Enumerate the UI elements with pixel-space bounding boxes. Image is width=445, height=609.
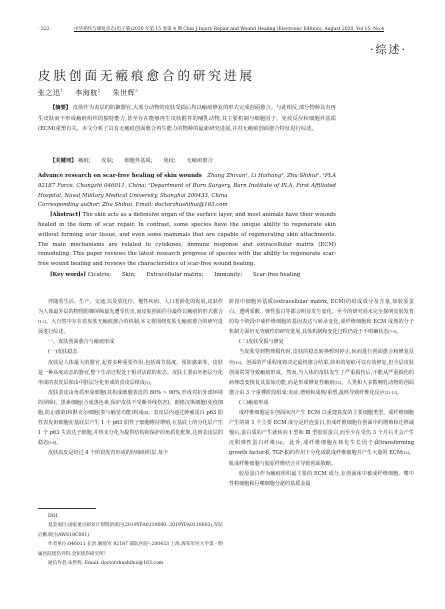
abstract-text: 皮肤作为表层的防御器官,大部分动物的皮肤受损后均以瘢痕修复的形式完成创面愈合。与…	[38, 105, 336, 132]
subsection-heading: (一)皮肤稳态	[38, 347, 223, 357]
citation[interactable]: [1-2]	[38, 320, 46, 324]
keywords-label: 【关键词】	[50, 158, 77, 164]
keyword: 瘢痕;	[78, 158, 90, 164]
body-column-right: 阶段中细胞外基质(extracellular matrix, ECM)的组成成分…	[229, 297, 414, 489]
english-title: Advance research on scar-free healing of…	[38, 173, 202, 179]
paragraph: 皮肤表皮由角质形成细胞(其构成细胞表皮的 80% ~ 90%,形成对抗外部环境的…	[38, 388, 223, 449]
english-authors: Zhang Zhixun¹, Li Haihang², Zhu Shihui².	[207, 173, 321, 179]
citation[interactable]: [10]	[234, 361, 241, 365]
footnote-divider	[38, 508, 96, 509]
citation[interactable]: [5-6]	[48, 441, 56, 445]
footnotes: DOI 基金项目:国家重点研发计划资助项目(2019YFA0110600, 20…	[38, 512, 223, 568]
keyword: Immunity;	[214, 272, 242, 278]
paragraph: 伴随着生活、生产、交通,以及放化疗、慢性疾病、人口老龄化的发展,皮肤作为人体最外…	[38, 297, 223, 337]
citation[interactable]: [12-13]	[385, 391, 397, 395]
subsection-heading: (二)皮肤受损与修复	[229, 337, 414, 347]
keyword: Skin;	[122, 272, 136, 278]
keyword: 细胞外基质;	[124, 158, 152, 164]
corresponding-author: Corresponding author: Zhu Shihui, Email:…	[38, 201, 336, 211]
article-title: 皮肤创面无瘢痕愈合的研究进展	[38, 66, 255, 84]
keyword: Scar-free healing	[253, 272, 300, 278]
paragraph: 阶段中细胞外基质(extracellular matrix, ECM)的组成成分…	[229, 297, 414, 337]
running-header: · 322 · 中华损伤与修复杂志(电子版)2020 年第 15 卷第 4 期 …	[38, 24, 423, 36]
corresponding-note: 通信作者:朱世辉, Email: doctorzhushihui@163.com	[38, 559, 223, 568]
english-abstract-block: Advance research on scar-free healing of…	[38, 172, 336, 281]
section-heading: 一、皮肤创面愈合与瘢痕形成	[38, 337, 223, 347]
keyword: 皮肤;	[101, 158, 113, 164]
keyword: 无瘢痕愈合	[186, 158, 213, 164]
author: 张之迅1	[38, 89, 64, 97]
keywords-chinese: 【关键词】 瘢痕; 皮肤; 细胞外基质; 免疫; 无瘢痕愈合	[38, 156, 336, 167]
paragraph: 皮肤是人体最大的器官,起着多种重要作用,包括调节温度、预防感染等。皮肤是一种高度…	[38, 358, 223, 388]
keywords-en-label: [Key words]	[50, 272, 86, 278]
keywords-english: [Key words] Cicatrix; Skin; Extracellula…	[38, 271, 336, 281]
funding-note: 基金项目:国家重点研发计划资助项目(2019YFA0110600, 2019YF…	[38, 521, 223, 540]
abstract-label: 【摘要】	[50, 105, 71, 111]
abstract-en-label: [Abstract]	[50, 212, 81, 218]
author-list: 张之迅1 李海航2 朱世辉2	[38, 88, 147, 98]
citation[interactable]: [14]	[276, 441, 283, 445]
abstract-chinese: 【摘要】 皮肤作为表层的防御器官,大部分动物的皮肤受损后均以瘢痕修复的形式完成创…	[38, 103, 336, 135]
abstract-en-text: The skin acts as a defensive organ of th…	[38, 212, 336, 267]
citation[interactable]: [15]	[402, 451, 409, 455]
doi-line: DOI	[38, 512, 223, 521]
affiliation-note: 作者单位:046011 长治,解放军 92187 部队医院¹;200433 上海…	[38, 540, 223, 559]
paragraph: 成纤维细胞是在创面床内产生 ECM 以重建真皮的主要细胞类型。成纤维细胞产生的第…	[229, 408, 414, 469]
keyword: Extracellular matrix;	[147, 272, 204, 278]
section-tag: ·综述·	[370, 41, 407, 57]
author: 朱世辉2	[113, 89, 139, 97]
keyword: Cicatrix;	[88, 272, 111, 278]
journal-citation-line: 中华损伤与修复杂志(电子版)2020 年第 15 卷第 4 期 Chin J I…	[74, 24, 384, 36]
body-column-left: 伴随着生活、生产、交通,以及放化疗、慢性疾病、人口老龄化的发展,皮肤作为人体最外…	[38, 297, 223, 459]
paragraph: 皮肤真皮是经过 4 个阶段发育形成的结缔组织层,每个	[38, 448, 223, 458]
paragraph: 当皮肤受到物理损伤时,皮肤的稳态转换暂时停止,转而进行创面愈合和修复反应[10]…	[229, 347, 414, 397]
author: 李海航2	[75, 89, 101, 97]
page-number: · 322 ·	[38, 24, 53, 36]
paragraph: 胶原蛋白作为瘢痕组织最主要的 ECM 成分,在创面床中被成纤维细胞、嗜中性粒细胞…	[229, 469, 414, 489]
keyword: 免疫;	[163, 158, 175, 164]
subsection-heading: (三)瘢痕形成	[229, 398, 414, 408]
